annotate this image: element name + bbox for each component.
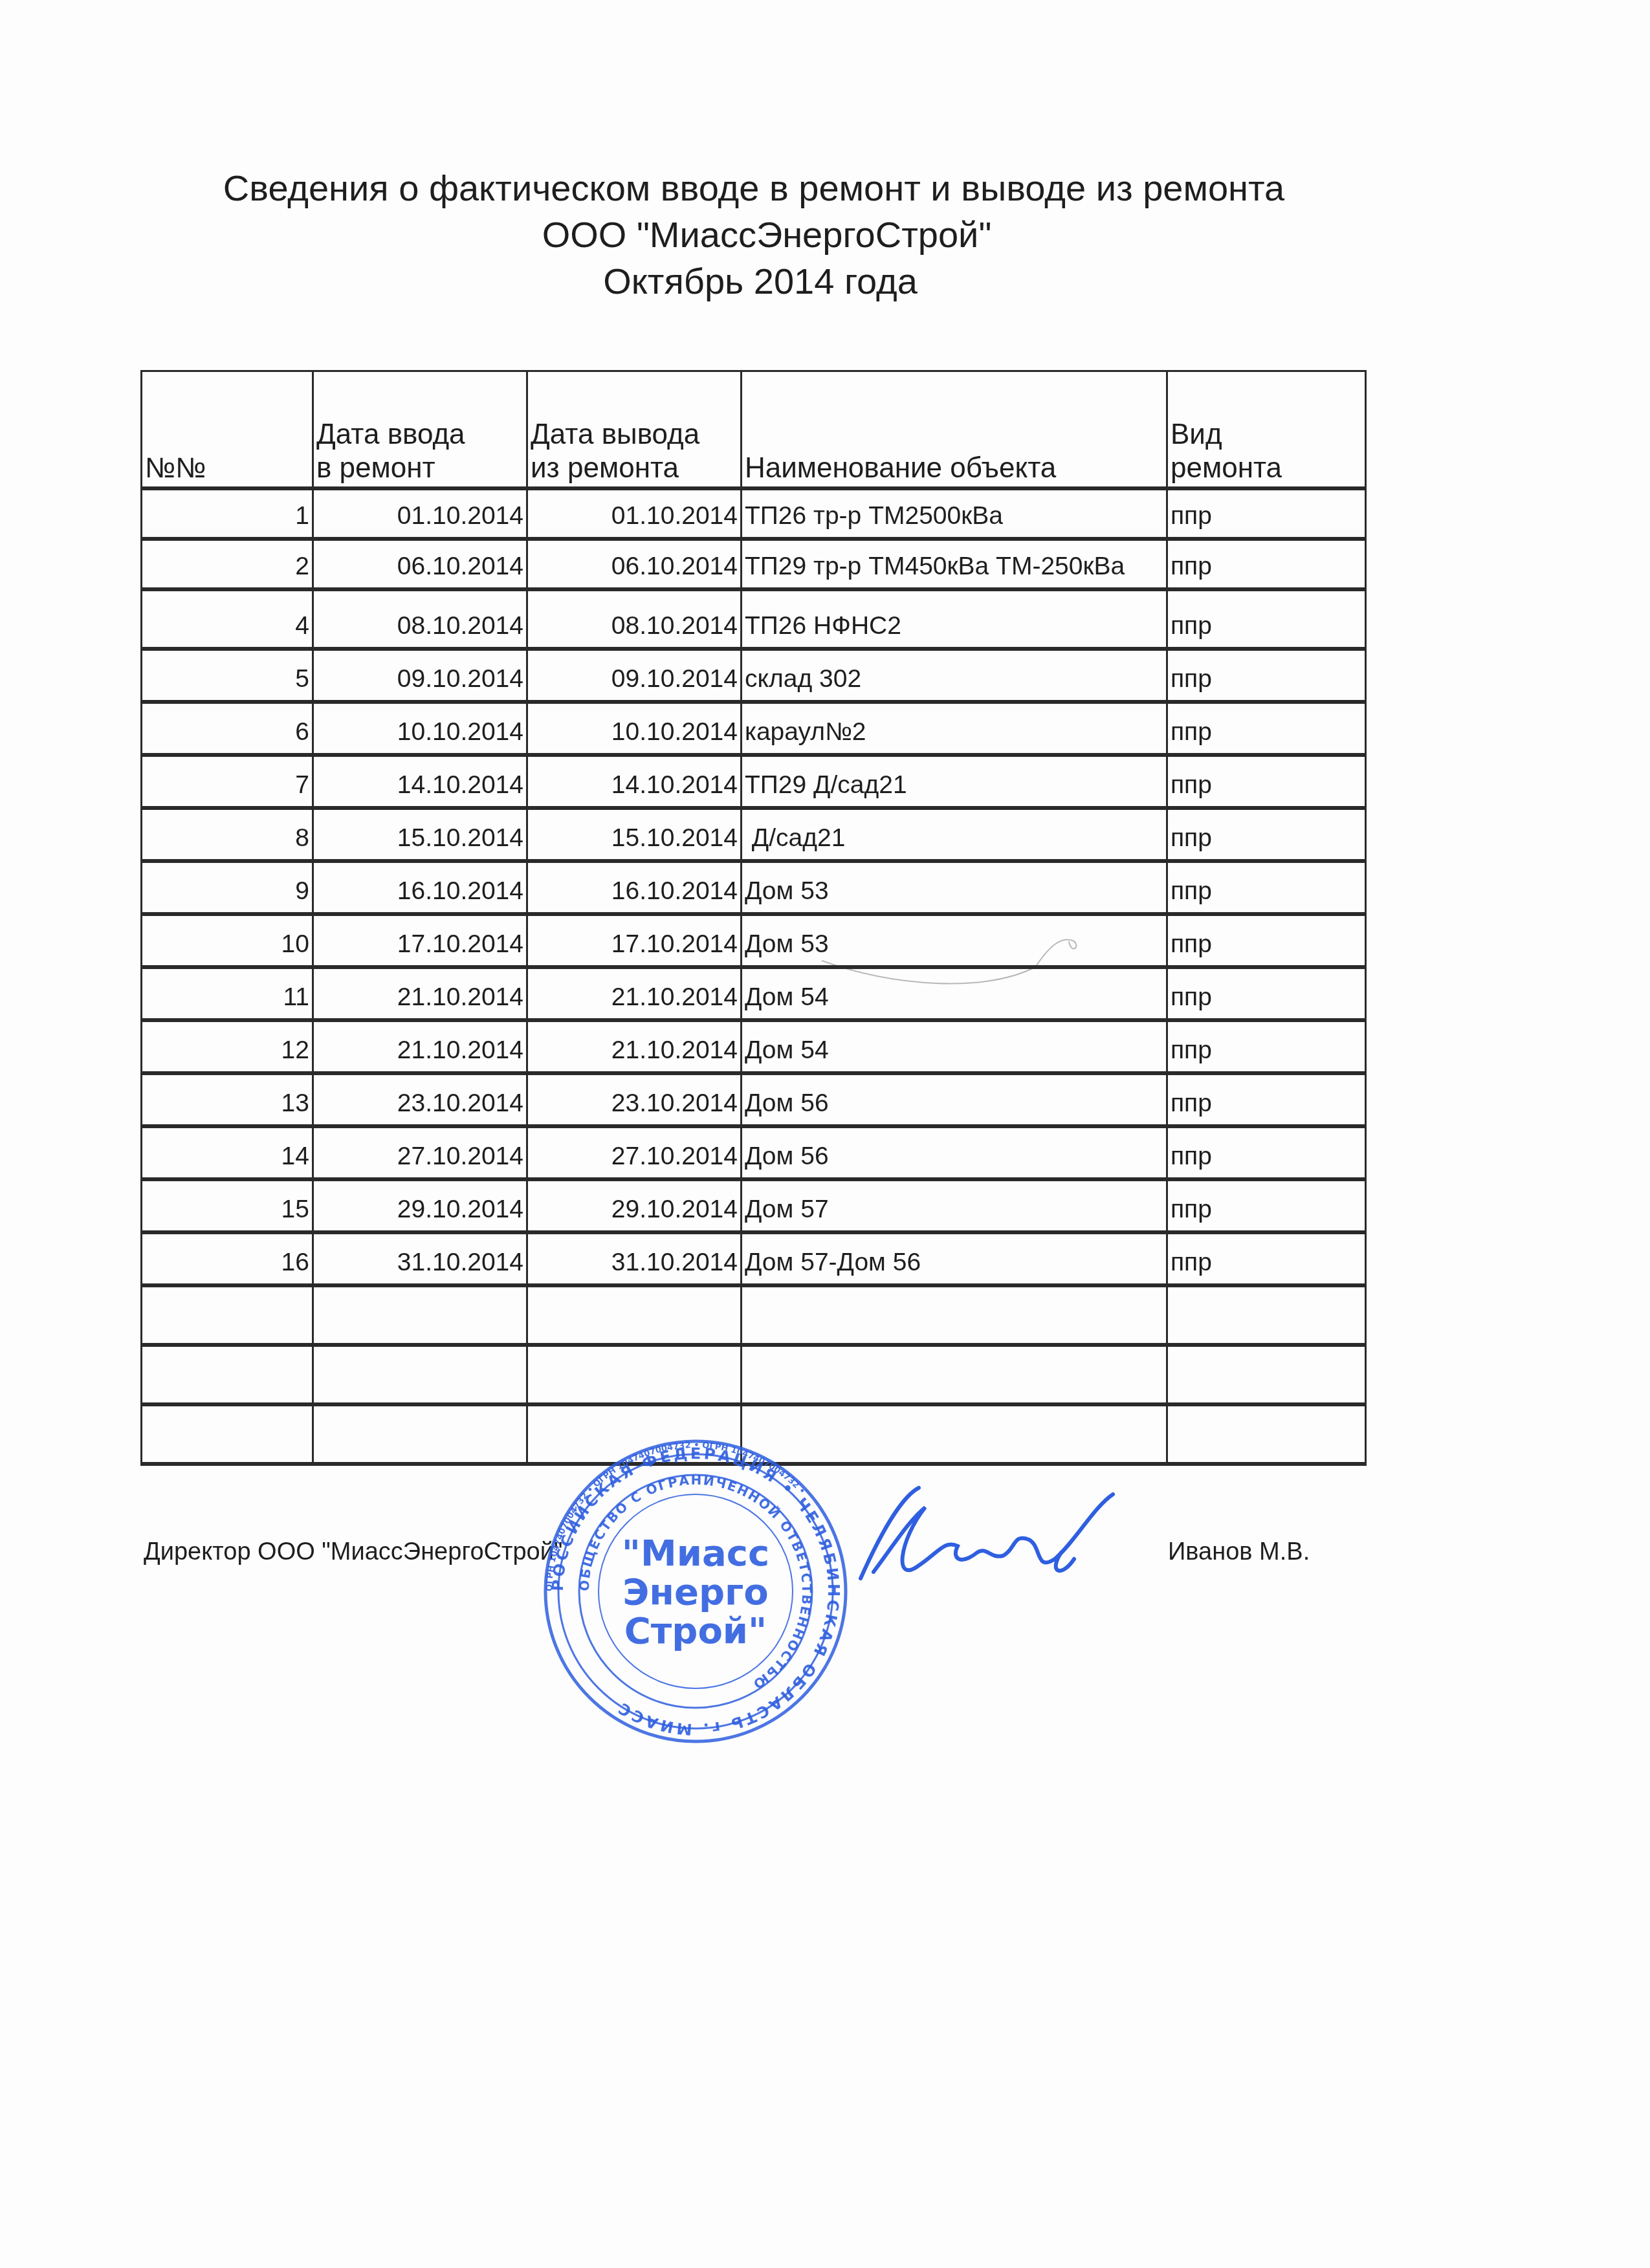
- row-number: 6: [142, 702, 313, 755]
- repair-type: [1167, 1345, 1366, 1404]
- date-out: 27.10.2014: [527, 1126, 742, 1179]
- table-row: 1427.10.201427.10.2014Дом 56ппр: [142, 1126, 1366, 1179]
- date-in: [313, 1404, 527, 1464]
- date-in: [313, 1285, 527, 1345]
- table-row: 1631.10.201431.10.2014Дом 57-Дом 56ппр: [142, 1232, 1366, 1285]
- table-body: 101.10.201401.10.2014ТП26 тр-р ТМ2500кВа…: [142, 488, 1366, 1464]
- row-number: 14: [142, 1126, 313, 1179]
- object-name: Дом 56: [742, 1126, 1167, 1179]
- row-number: 13: [142, 1073, 313, 1126]
- date-in: 29.10.2014: [313, 1179, 527, 1232]
- table-row: 1017.10.201417.10.2014Дом 53ппр: [142, 914, 1366, 967]
- header-number-label: №№: [145, 452, 206, 484]
- repair-type: ппр: [1167, 589, 1366, 649]
- object-name: караул№2: [742, 702, 1167, 755]
- title-line-1: Сведения о фактическом вводе в ремонт и …: [0, 165, 1579, 212]
- table-row: 916.10.201416.10.2014Дом 53ппр: [142, 861, 1366, 914]
- object-name: Д/сад21: [742, 808, 1167, 861]
- table-row: 408.10.201408.10.2014ТП26 НФНС2ппр: [142, 589, 1366, 649]
- date-out: 16.10.2014: [527, 861, 742, 914]
- repair-type: ппр: [1167, 1126, 1366, 1179]
- date-in: 16.10.2014: [313, 861, 527, 914]
- table-row: 1323.10.201423.10.2014Дом 56ппр: [142, 1073, 1366, 1126]
- repair-type: ппр: [1167, 755, 1366, 808]
- header-object-name: Наименование объекта: [742, 371, 1167, 489]
- object-name: Дом 53: [742, 914, 1167, 967]
- header-date-out-line1: Дата вывода: [531, 419, 699, 450]
- date-in: 27.10.2014: [313, 1126, 527, 1179]
- row-number: 16: [142, 1232, 313, 1285]
- date-in: 10.10.2014: [313, 702, 527, 755]
- table-row: [142, 1285, 1366, 1345]
- date-out: 21.10.2014: [527, 967, 742, 1020]
- date-in: 09.10.2014: [313, 649, 527, 702]
- date-out: [527, 1345, 742, 1404]
- header-date-in-line2: в ремонт: [316, 452, 435, 484]
- date-out: 08.10.2014: [527, 589, 742, 649]
- repair-type: ппр: [1167, 1020, 1366, 1073]
- header-date-in-line1: Дата ввода: [316, 419, 465, 450]
- signer-name: Иванов М.В.: [1168, 1538, 1310, 1566]
- row-number: 10: [142, 914, 313, 967]
- table-row: 206.10.201406.10.2014ТП29 тр-р ТМ450кВа …: [142, 539, 1366, 589]
- title-line-3-period: Октябрь 2014 года: [0, 258, 1585, 305]
- row-number: 2: [142, 539, 313, 589]
- row-number: 1: [142, 488, 313, 539]
- object-name: ТП29 Д/сад21: [742, 755, 1167, 808]
- repair-type: ппр: [1167, 1073, 1366, 1126]
- repair-type: ппр: [1167, 702, 1366, 755]
- stamp-center-line-3: Строй": [624, 1610, 767, 1652]
- stamp-center-line-1: "Миасс: [622, 1532, 769, 1575]
- object-name: Дом 57: [742, 1179, 1167, 1232]
- repair-type: [1167, 1404, 1366, 1464]
- row-number: 5: [142, 649, 313, 702]
- document-title: Сведения о фактическом вводе в ремонт и …: [0, 165, 1650, 305]
- date-out: 21.10.2014: [527, 1020, 742, 1073]
- row-number: 11: [142, 967, 313, 1020]
- date-out: [527, 1285, 742, 1345]
- date-out: 31.10.2014: [527, 1232, 742, 1285]
- repair-type: ппр: [1167, 1232, 1366, 1285]
- table-row: 1121.10.201421.10.2014Дом 54ппр: [142, 967, 1366, 1020]
- header-repair-type-line2: ремонта: [1171, 452, 1282, 484]
- header-object-name-label: Наименование объекта: [745, 452, 1056, 484]
- row-number: 7: [142, 755, 313, 808]
- date-in: 21.10.2014: [313, 1020, 527, 1073]
- table-row: 1529.10.201429.10.2014Дом 57ппр: [142, 1179, 1366, 1232]
- row-number: 9: [142, 861, 313, 914]
- date-out: 06.10.2014: [527, 539, 742, 589]
- repair-type: ппр: [1167, 967, 1366, 1020]
- object-name: Дом 54: [742, 967, 1167, 1020]
- repair-table: №№ Дата вводав ремонт Дата выводаиз ремо…: [140, 370, 1367, 1466]
- repair-type: ппр: [1167, 861, 1366, 914]
- header-number: №№: [142, 371, 313, 489]
- repair-type: ппр: [1167, 914, 1366, 967]
- header-repair-type: Видремонта: [1167, 371, 1366, 489]
- date-out: 09.10.2014: [527, 649, 742, 702]
- table-row: 1221.10.201421.10.2014Дом 54ппр: [142, 1020, 1366, 1073]
- object-name: [742, 1285, 1167, 1345]
- object-name: склад 302: [742, 649, 1167, 702]
- header-date-in: Дата вводав ремонт: [313, 371, 527, 489]
- date-in: 21.10.2014: [313, 967, 527, 1020]
- repair-type: ппр: [1167, 488, 1366, 539]
- repair-type: [1167, 1285, 1366, 1345]
- table-row: 509.10.201409.10.2014склад 302ппр: [142, 649, 1366, 702]
- object-name: Дом 57-Дом 56: [742, 1232, 1167, 1285]
- date-out: 10.10.2014: [527, 702, 742, 755]
- date-in: 15.10.2014: [313, 808, 527, 861]
- table-row: 815.10.201415.10.2014 Д/сад21ппр: [142, 808, 1366, 861]
- date-out: 17.10.2014: [527, 914, 742, 967]
- object-name: ТП29 тр-р ТМ450кВа ТМ-250кВа: [742, 539, 1167, 589]
- repair-type: ппр: [1167, 808, 1366, 861]
- table-row: 610.10.201410.10.2014караул№2ппр: [142, 702, 1366, 755]
- object-name: Дом 54: [742, 1020, 1167, 1073]
- date-in: 01.10.2014: [313, 488, 527, 539]
- object-name: ТП26 тр-р ТМ2500кВа: [742, 488, 1167, 539]
- date-in: 14.10.2014: [313, 755, 527, 808]
- header-date-out-line2: из ремонта: [531, 452, 679, 484]
- date-in: 31.10.2014: [313, 1232, 527, 1285]
- stamp-center-line-2: Энерго: [622, 1571, 769, 1613]
- table-row: 714.10.201414.10.2014ТП29 Д/сад21ппр: [142, 755, 1366, 808]
- row-number: 4: [142, 589, 313, 649]
- date-in: 08.10.2014: [313, 589, 527, 649]
- object-name: ТП26 НФНС2: [742, 589, 1167, 649]
- table-row: 101.10.201401.10.2014ТП26 тр-р ТМ2500кВа…: [142, 488, 1366, 539]
- date-in: 17.10.2014: [313, 914, 527, 967]
- object-name: Дом 53: [742, 861, 1167, 914]
- date-out: 29.10.2014: [527, 1179, 742, 1232]
- date-out: 14.10.2014: [527, 755, 742, 808]
- repair-type: ппр: [1167, 539, 1366, 589]
- row-number: [142, 1404, 313, 1464]
- title-line-2-company: ООО "МиассЭнергоСтрой": [0, 212, 1592, 258]
- handwritten-signature: [848, 1481, 1119, 1611]
- object-name: [742, 1345, 1167, 1404]
- date-in: [313, 1345, 527, 1404]
- row-number: 12: [142, 1020, 313, 1073]
- company-stamp: ОГРН 1047407004732 • ОГРН 1047407004732 …: [544, 1439, 848, 1743]
- header-date-out: Дата выводаиз ремонта: [527, 371, 742, 489]
- date-out: 23.10.2014: [527, 1073, 742, 1126]
- row-number: [142, 1345, 313, 1404]
- repair-type: ппр: [1167, 1179, 1366, 1232]
- object-name: Дом 56: [742, 1073, 1167, 1126]
- scanned-page: Сведения о фактическом вводе в ремонт и …: [0, 0, 1650, 2268]
- date-out: 15.10.2014: [527, 808, 742, 861]
- row-number: 15: [142, 1179, 313, 1232]
- header-repair-type-line1: Вид: [1171, 419, 1222, 450]
- date-in: 06.10.2014: [313, 539, 527, 589]
- row-number: 8: [142, 808, 313, 861]
- row-number: [142, 1285, 313, 1345]
- signer-position: Директор ООО "МиассЭнергоСтрой": [144, 1538, 562, 1566]
- date-out: 01.10.2014: [527, 488, 742, 539]
- table-row: [142, 1345, 1366, 1404]
- date-in: 23.10.2014: [313, 1073, 527, 1126]
- table-header-row: №№ Дата вводав ремонт Дата выводаиз ремо…: [142, 371, 1366, 489]
- repair-type: ппр: [1167, 649, 1366, 702]
